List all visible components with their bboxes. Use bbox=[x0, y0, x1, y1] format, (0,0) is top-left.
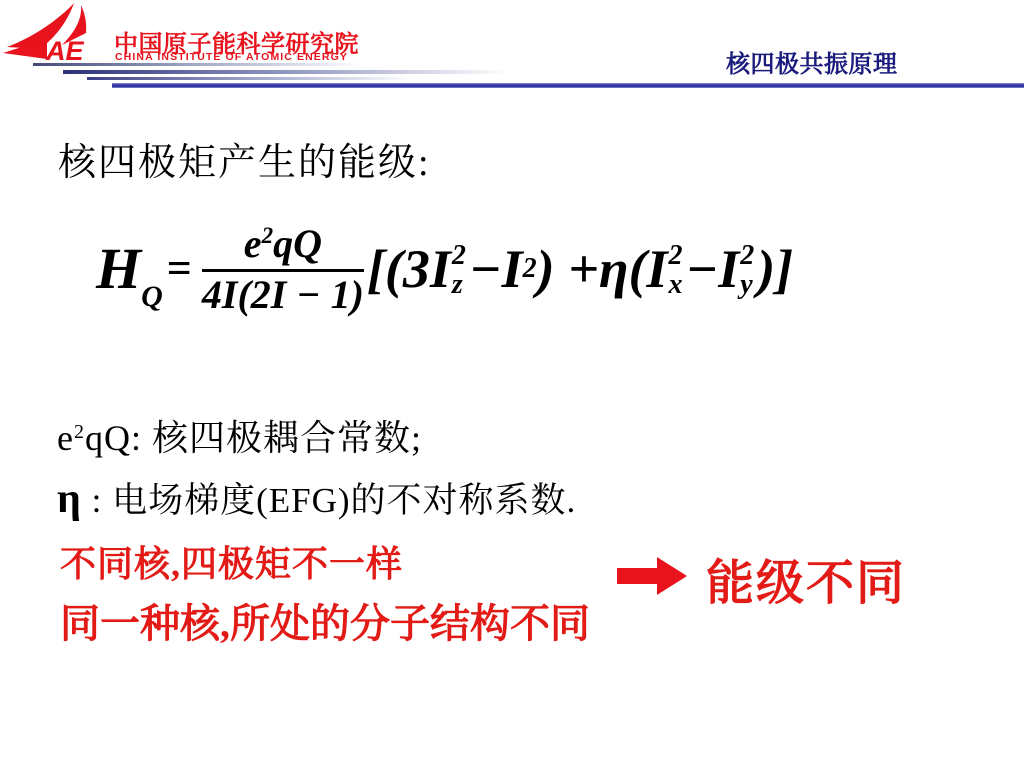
red-statement-2: 同一种核,所处的分子结构不同 bbox=[60, 592, 590, 649]
denominator: 4I(2I − 1) bbox=[202, 275, 364, 315]
eta-definition: η : 电场梯度(EFG)的不对称系数. bbox=[57, 473, 576, 523]
header-rule-4 bbox=[112, 83, 1024, 88]
eta-symbol: η bbox=[599, 242, 629, 296]
slide: AE 中国原子能科学研究院 CHINA INSTITUTE OF ATOMIC … bbox=[0, 0, 1024, 768]
bracket-expression: [(3I2z − I2) + η(I2x − I2y)] bbox=[367, 240, 793, 299]
logo-ae-text: AE bbox=[45, 36, 84, 66]
fraction: e2qQ 4I(2I − 1) bbox=[202, 224, 364, 315]
arrow-right-icon-head bbox=[657, 557, 687, 595]
supsub-z: 2z bbox=[452, 241, 466, 300]
conclusion-text: 能级不同 bbox=[706, 544, 906, 613]
equals-sign: = bbox=[167, 247, 192, 291]
header-rule-1 bbox=[33, 63, 363, 66]
coupling-constant-definition: e2qQ: 核四极耦合常数; bbox=[57, 410, 422, 461]
org-name-en: CHINA INSTITUTE OF ATOMIC ENERGY bbox=[115, 51, 348, 63]
slide-title: 核四极共振原理 bbox=[726, 44, 898, 79]
header-rule-2 bbox=[63, 70, 508, 74]
red-statement-1: 不同核,四极矩不一样 bbox=[60, 536, 403, 587]
supsub-x: 2x bbox=[669, 241, 683, 300]
hamiltonian-formula: HQ = e2qQ 4I(2I − 1) [(3I2z − I2) + η(I2… bbox=[96, 207, 793, 331]
supsub-y: 2y bbox=[740, 241, 754, 300]
numerator: e2qQ bbox=[244, 224, 322, 264]
sailboat-logo-icon: AE bbox=[2, 2, 114, 66]
arrow-right-icon bbox=[617, 568, 658, 584]
header-rule-3 bbox=[87, 77, 412, 80]
eta-symbol-definition: η bbox=[57, 476, 82, 522]
section-heading: 核四极矩产生的能级: bbox=[58, 131, 431, 186]
formula-lhs: HQ bbox=[96, 240, 163, 298]
formula-lhs-subscript: Q bbox=[141, 280, 163, 313]
